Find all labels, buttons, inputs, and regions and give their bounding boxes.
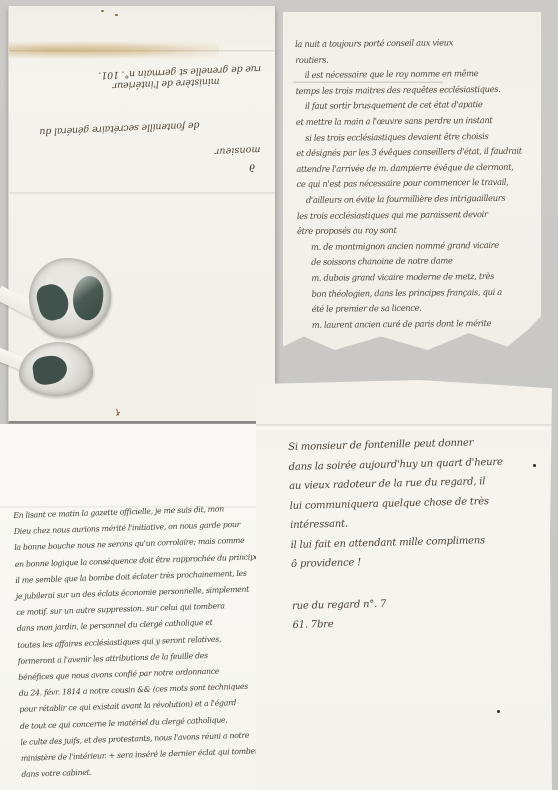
fold-crease xyxy=(256,424,552,430)
seal-wax-fragment xyxy=(70,274,107,322)
seal-wax-fragment xyxy=(34,281,72,323)
seal-wax-fragment xyxy=(31,354,69,386)
text-line: de fontenille secrétaire général du xyxy=(17,117,263,138)
manuscript-scan: ∂ monsieurde fontenille secrétaire génér… xyxy=(0,0,558,790)
handwritten-text-block: Si monsieur de fontenille peut donnerdan… xyxy=(288,432,543,636)
paper-speck xyxy=(101,10,104,12)
text-line: monsieur xyxy=(18,144,264,165)
wax-seal-remnant xyxy=(29,258,111,338)
address-block: ∂ monsieurde fontenille secrétaire génér… xyxy=(14,47,265,187)
wax-seal-remnant xyxy=(19,342,93,396)
handwritten-text-block: la nuit a toujours porté conseil aux vie… xyxy=(295,35,537,334)
paper-speck xyxy=(115,14,118,16)
invitation-page: Si monsieur de fontenille peut donnerdan… xyxy=(256,380,552,790)
notes-page: la nuit a toujours porté conseil aux vie… xyxy=(283,12,541,350)
cover-page: ∂ monsieurde fontenille secrétaire génér… xyxy=(8,6,276,423)
text-line: temps les trois maitres des requêtes ecc… xyxy=(295,82,534,100)
handwritten-text-block: En lisant ce matin la gazette officielle… xyxy=(13,500,274,783)
paraph-mark: ∂ xyxy=(249,161,256,175)
gazette-letter-page: En lisant ce matin la gazette officielle… xyxy=(0,424,266,790)
ink-dot xyxy=(497,710,500,713)
fold-crease xyxy=(9,192,275,195)
ink-check-mark xyxy=(113,408,122,416)
text-line: d'ailleurs on évite la fourmillière des … xyxy=(297,191,536,209)
text-line: m. laurent ancien curé de paris dont le … xyxy=(298,316,537,334)
text-line: bon théologien, dans les principes franç… xyxy=(298,285,537,303)
